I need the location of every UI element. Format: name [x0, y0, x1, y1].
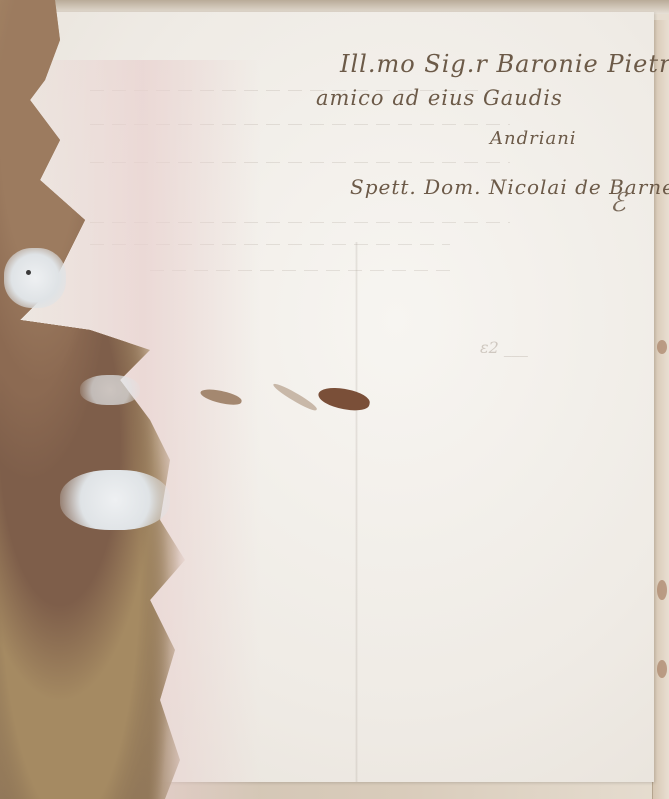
bleed-through-text — [150, 270, 450, 271]
ink-blot — [199, 387, 243, 407]
address-line-1: Ill.mo Sig.r Baronie Pietro — [340, 50, 669, 78]
adjacent-page-edge — [652, 20, 669, 799]
ink-blot — [271, 381, 318, 413]
mold-patch — [4, 248, 66, 308]
bleed-through-text — [90, 244, 450, 245]
stain-spot — [657, 660, 667, 678]
ink-blot — [317, 385, 372, 414]
mold-patch — [60, 470, 170, 530]
address-line-2: amico ad eius Gaudis — [316, 86, 563, 110]
bleed-through-text — [90, 124, 510, 125]
flourish-mark: ℰ — [610, 188, 626, 218]
bleed-through-text — [90, 162, 510, 163]
address-line-3: Andriani — [490, 128, 577, 149]
mold-spot — [26, 270, 31, 275]
stain-spot — [657, 580, 667, 600]
ink-blots — [200, 385, 380, 435]
paper-fold — [355, 242, 358, 782]
faint-annotation: ε2 ___ — [480, 338, 528, 357]
bleed-through-text — [90, 222, 510, 223]
stain-spot — [657, 340, 667, 354]
mold-patch — [80, 375, 140, 405]
